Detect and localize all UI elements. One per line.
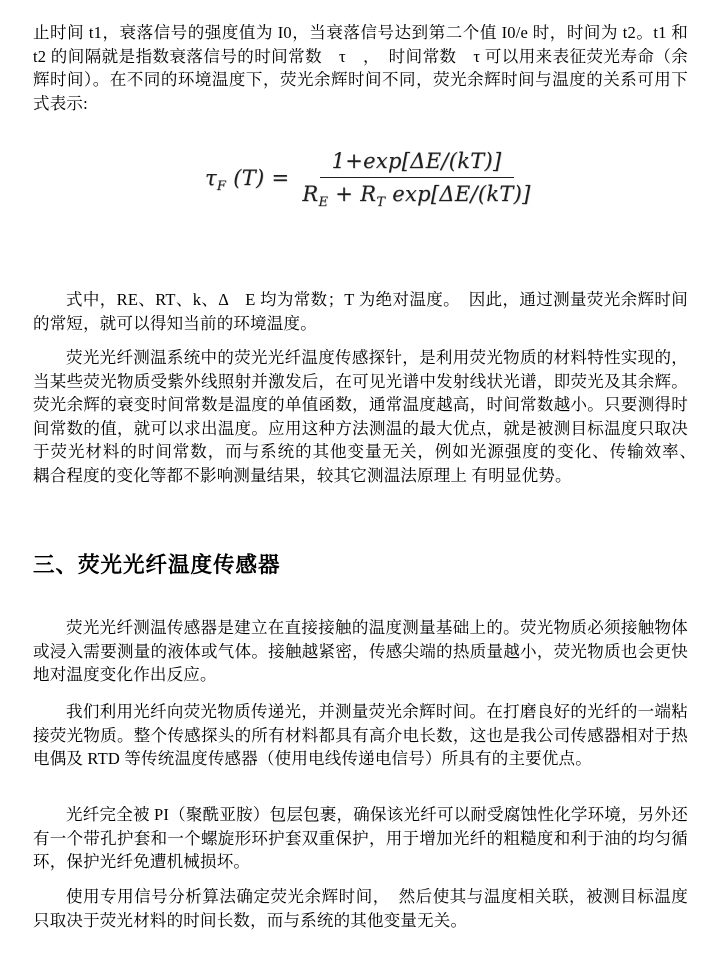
equation-denominator: RE + RT exp[ΔE/(kT)] xyxy=(296,178,536,206)
equation-fraction: 1+exp[ΔE/(kT)] RE + RT exp[ΔE/(kT)] xyxy=(296,149,536,206)
paragraph-pi-coating-protection: 光纤完全被 PI（聚酰亚胺）包层包裹，确保该光纤可以耐受腐蚀性化学环境，另外还有… xyxy=(33,803,688,874)
plus-operator: + xyxy=(328,182,360,206)
r-sub-t-symbol: R xyxy=(360,182,376,206)
r-sub-t-subscript: T xyxy=(376,195,385,210)
fluorescence-lifetime-equation: τF (T) = 1+exp[ΔE/(kT)] RE + RT exp[ΔE/(… xyxy=(205,149,537,206)
tau-subscript: F xyxy=(217,179,226,194)
exp-term: exp[ΔE/(kT)] xyxy=(385,182,530,206)
equation-lhs-argument: (T) = xyxy=(233,166,289,190)
r-sub-e-subscript: E xyxy=(319,195,329,210)
equation-lhs: τF (T) = xyxy=(205,166,289,190)
paragraph-constants-note: 式中，RE、RT、k、Δ E 均为常数；T 为绝对温度。 因此，通过测量荧光余辉… xyxy=(33,288,688,335)
r-sub-e-symbol: R xyxy=(302,182,318,206)
document-page: 止时间 t1，衰落信号的强度值为 I0，当衰落信号达到第二个值 I0/e 时，时… xyxy=(0,0,721,979)
section-heading-fiber-temperature-sensor: 三、荧光光纤温度传感器 xyxy=(33,551,688,580)
paragraph-contact-measurement: 荧光光纤测温传感器是建立在直接接触的温度测量基础上的。荧光物质必须接触物体或浸入… xyxy=(33,616,688,687)
paragraph-sensor-advantages: 我们利用光纤向荧光物质传递光，并测量荧光余辉时间。在打磨良好的光纤的一端粘接荧光… xyxy=(33,700,688,771)
equation-numerator: 1+exp[ΔE/(kT)] xyxy=(320,149,514,178)
tau-symbol: τ xyxy=(205,166,217,190)
paragraph-measurement-principle: 荧光光纤测温系统中的荧光光纤温度传感探针，是利用荧光物质的材料特性实现的，当某些… xyxy=(33,346,688,487)
paragraph-decay-signal: 止时间 t1，衰落信号的强度值为 I0，当衰落信号达到第二个值 I0/e 时，时… xyxy=(33,21,688,115)
paragraph-signal-algorithm: 使用专用信号分析算法确定荧光余辉时间， 然后使其与温度相关联，被测目标温度只取决… xyxy=(33,885,688,932)
